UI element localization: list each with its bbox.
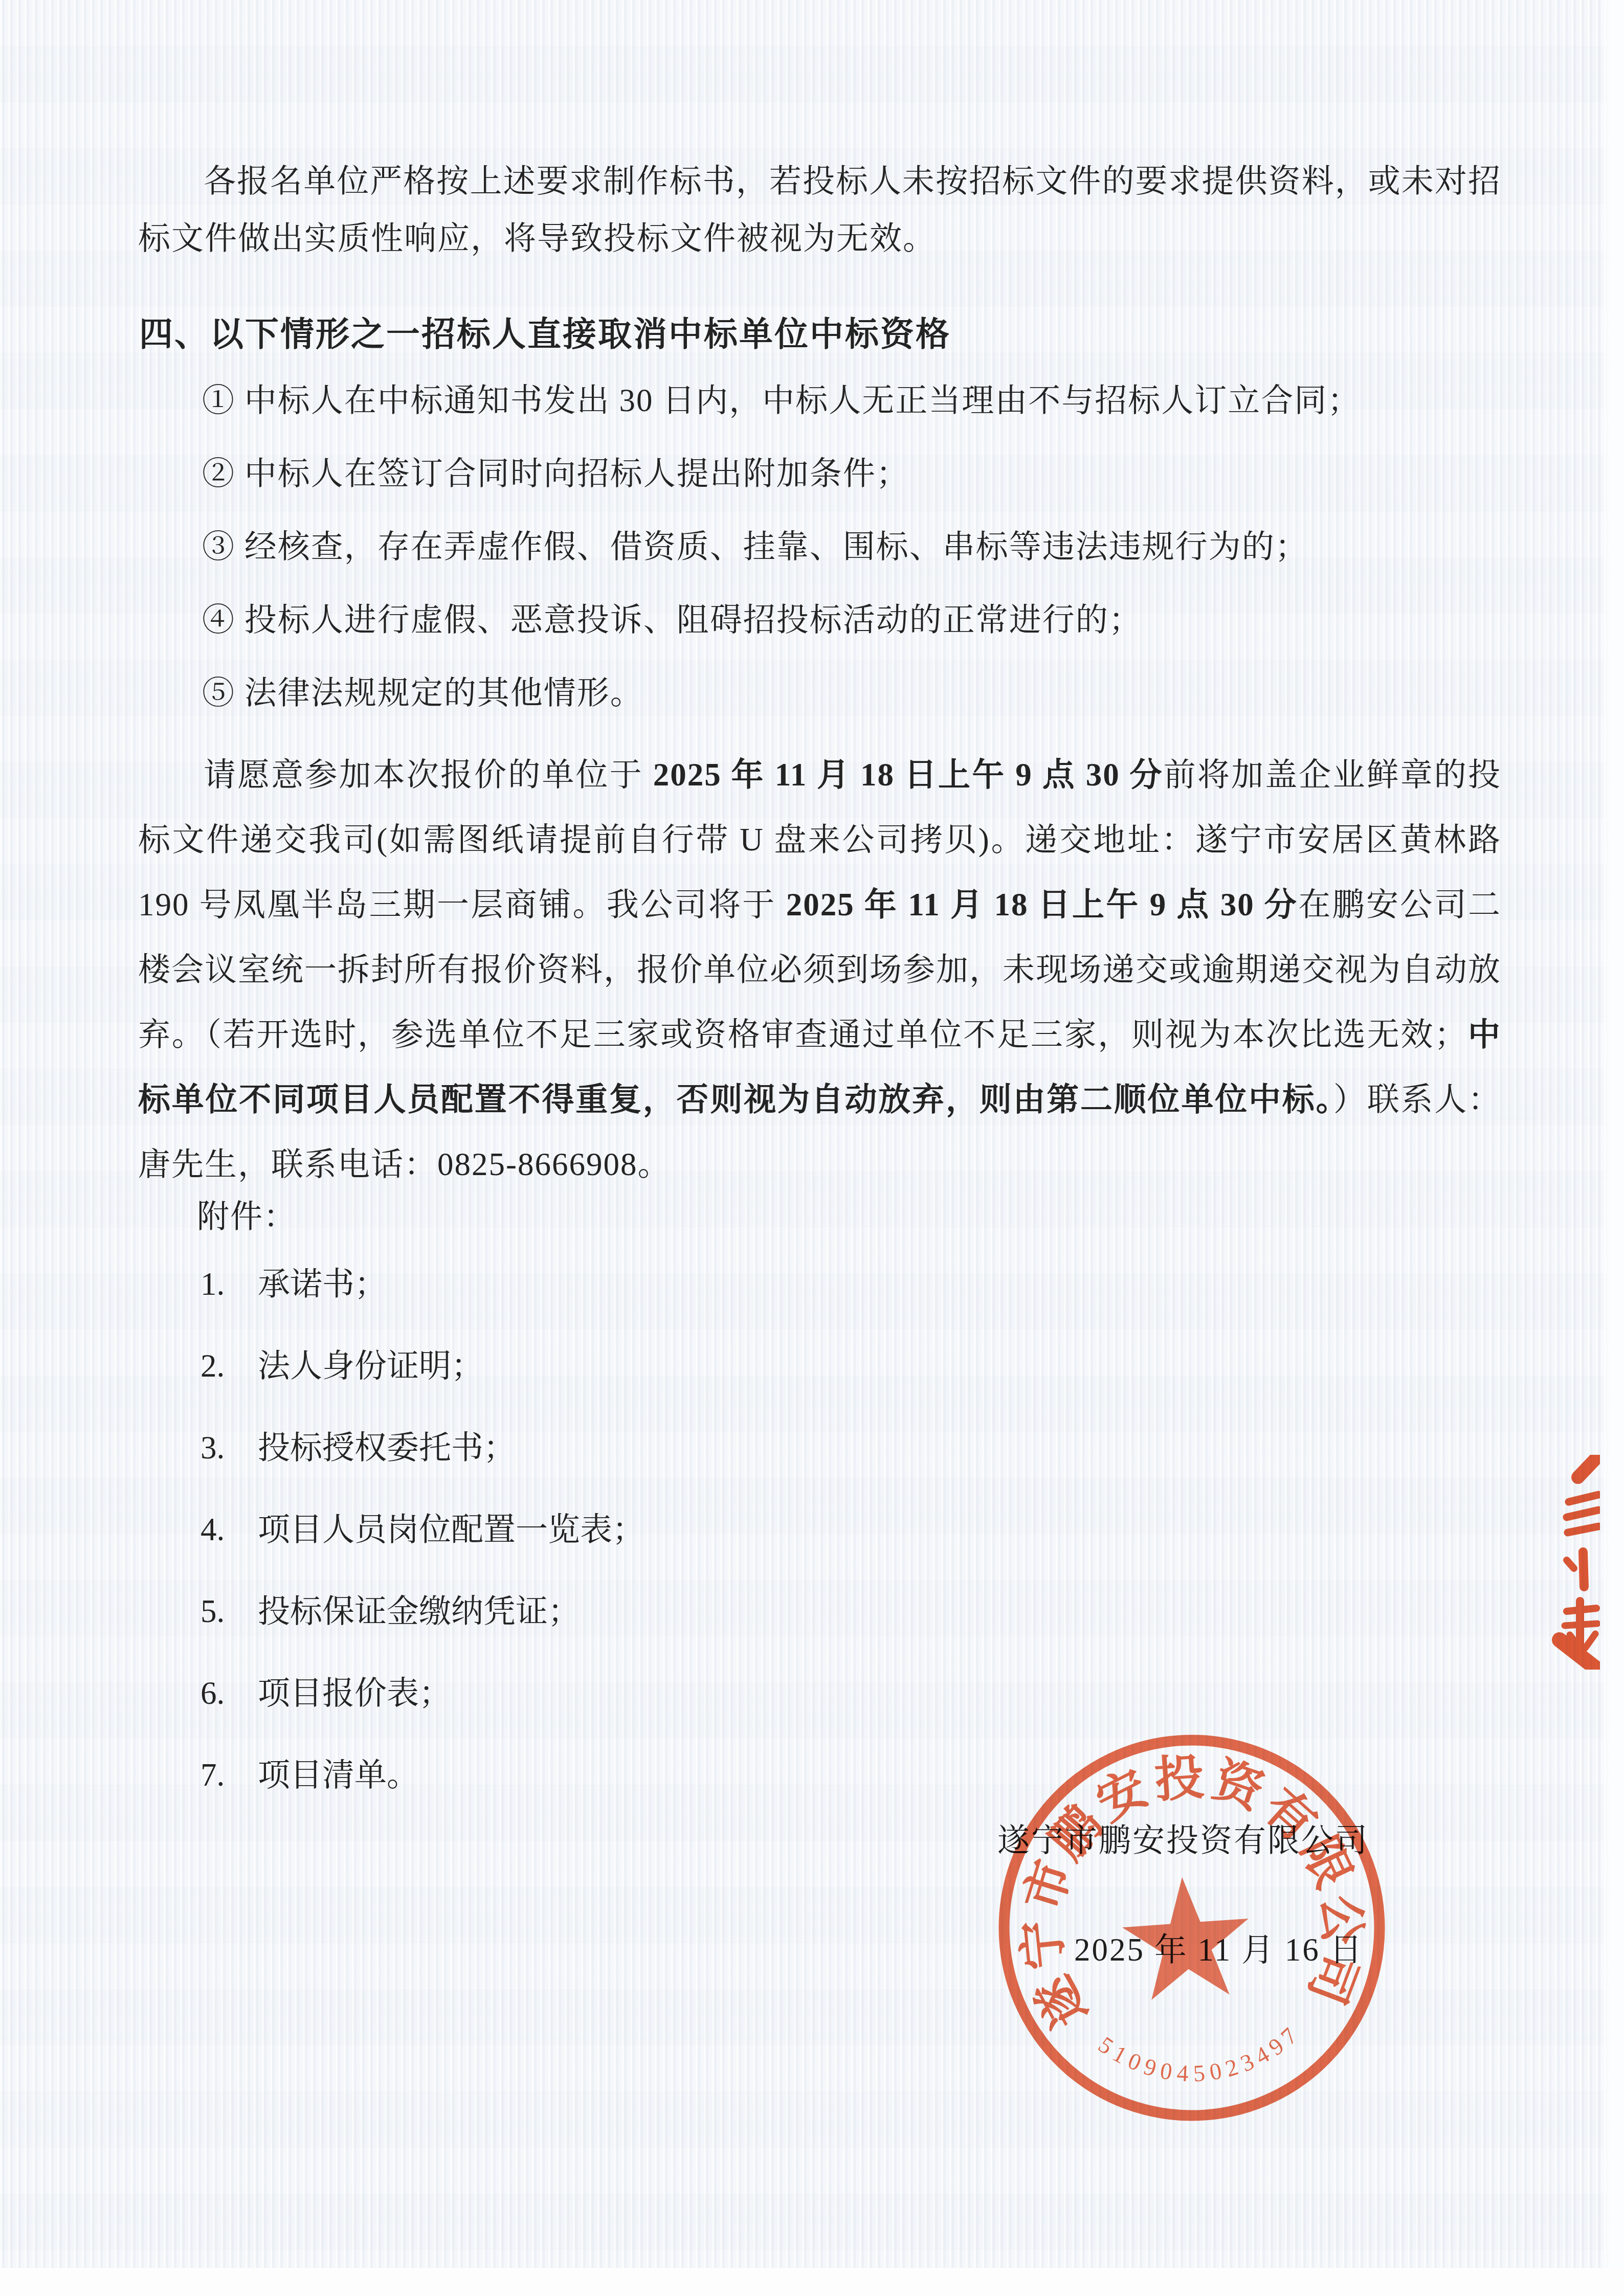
text-segment: 2025 年 11 月 18 日上午 9 点 30 分 — [786, 887, 1298, 922]
attachment-number: 7. — [201, 1757, 258, 1793]
attachment-text: 项目人员岗位配置一览表； — [258, 1511, 644, 1548]
svg-text:5109045023497: 5109045023497 — [1093, 2018, 1309, 2094]
section4-item-1: ① 中标人在中标通知书发出 30 日内，中标人无正当理由不与招标人订立合同； — [202, 381, 1361, 420]
signature-company-name: 遂宁市鹏安投资有限公司 — [997, 1814, 1369, 1861]
svg-text:遂宁市鹏安投资有限公司: 遂宁市鹏安投资有限公司 — [1002, 1739, 1376, 2038]
attachment-text: 项目报价表； — [258, 1675, 451, 1712]
attachments-label: 附件： — [197, 1190, 297, 1237]
attachment-text: 法人身份证明； — [258, 1347, 483, 1384]
attachment-item: 7. 项目清单。 — [201, 1757, 644, 1793]
text-segment: 2025 年 11 月 18 日上午 9 点 30 分 — [653, 757, 1164, 793]
seal-company-text: 遂宁市鹏安投资有限公司 — [1002, 1739, 1376, 2038]
attachment-number: 6. — [201, 1675, 258, 1712]
section4-item-2: ② 中标人在签订合同时向招标人提出附加条件； — [202, 454, 1361, 493]
attachment-number: 1. — [201, 1266, 258, 1302]
scan-bottom-edge — [0, 2268, 1624, 2296]
attachments-list: 1. 承诺书； 2. 法人身份证明； 3. 投标授权委托书； 4. 项目人员岗位… — [201, 1266, 644, 1838]
attachment-text: 投标授权委托书； — [258, 1429, 516, 1466]
attachment-number: 2. — [201, 1347, 258, 1384]
attachment-number: 3. — [201, 1429, 258, 1466]
section4-item-5: ⑤ 法律法规规定的其他情形。 — [202, 673, 1361, 712]
attachment-item: 6. 项目报价表； — [201, 1675, 644, 1712]
attachment-item: 3. 投标授权委托书； — [201, 1429, 644, 1466]
attachment-item: 1. 承诺书； — [201, 1266, 644, 1302]
attachment-number: 5. — [201, 1593, 258, 1630]
attachment-item: 4. 项目人员岗位配置一览表； — [201, 1511, 644, 1548]
attachment-number: 4. — [201, 1511, 258, 1548]
section4-item-3: ③ 经核查，存在弄虚作假、借资质、挂靠、围标、串标等违法违规行为的； — [202, 527, 1361, 566]
partial-red-stamp-fragment — [1551, 1455, 1600, 1670]
section4-item-list: ① 中标人在中标通知书发出 30 日内，中标人无正当理由不与招标人订立合同； ②… — [202, 381, 1361, 747]
attachment-item: 2. 法人身份证明； — [201, 1347, 644, 1384]
attachment-text: 投标保证金缴纳凭证； — [258, 1593, 580, 1630]
seal-number-text: 5109045023497 — [1093, 2018, 1309, 2094]
stamp-fragment-strokes — [1560, 1456, 1598, 1669]
attachment-item: 5. 投标保证金缴纳凭证； — [201, 1593, 644, 1630]
section4-heading: 四、以下情形之一招标人直接取消中标单位中标资格 — [139, 307, 951, 355]
submission-paragraph: 请愿意参加本次报价的单位于 2025 年 11 月 18 日上午 9 点 30 … — [138, 742, 1501, 1197]
scan-right-edge — [1601, 0, 1624, 2296]
attachment-text: 承诺书； — [258, 1266, 387, 1302]
intro-paragraph: 各报名单位严格按上述要求制作标书，若投标人未按招标文件的要求提供资料，或未对招标… — [138, 152, 1501, 267]
scanned-document-page: 各报名单位严格按上述要求制作标书，若投标人未按招标文件的要求提供资料，或未对招标… — [0, 0, 1624, 2296]
attachment-text: 项目清单。 — [258, 1757, 419, 1793]
signature-date: 2025 年 11 月 16 日 — [1074, 1924, 1363, 1970]
section4-item-4: ④ 投标人进行虚假、恶意投诉、阻碍招投标活动的正常进行的； — [202, 600, 1361, 639]
text-segment: 请愿意参加本次报价的单位于 — [204, 757, 653, 793]
